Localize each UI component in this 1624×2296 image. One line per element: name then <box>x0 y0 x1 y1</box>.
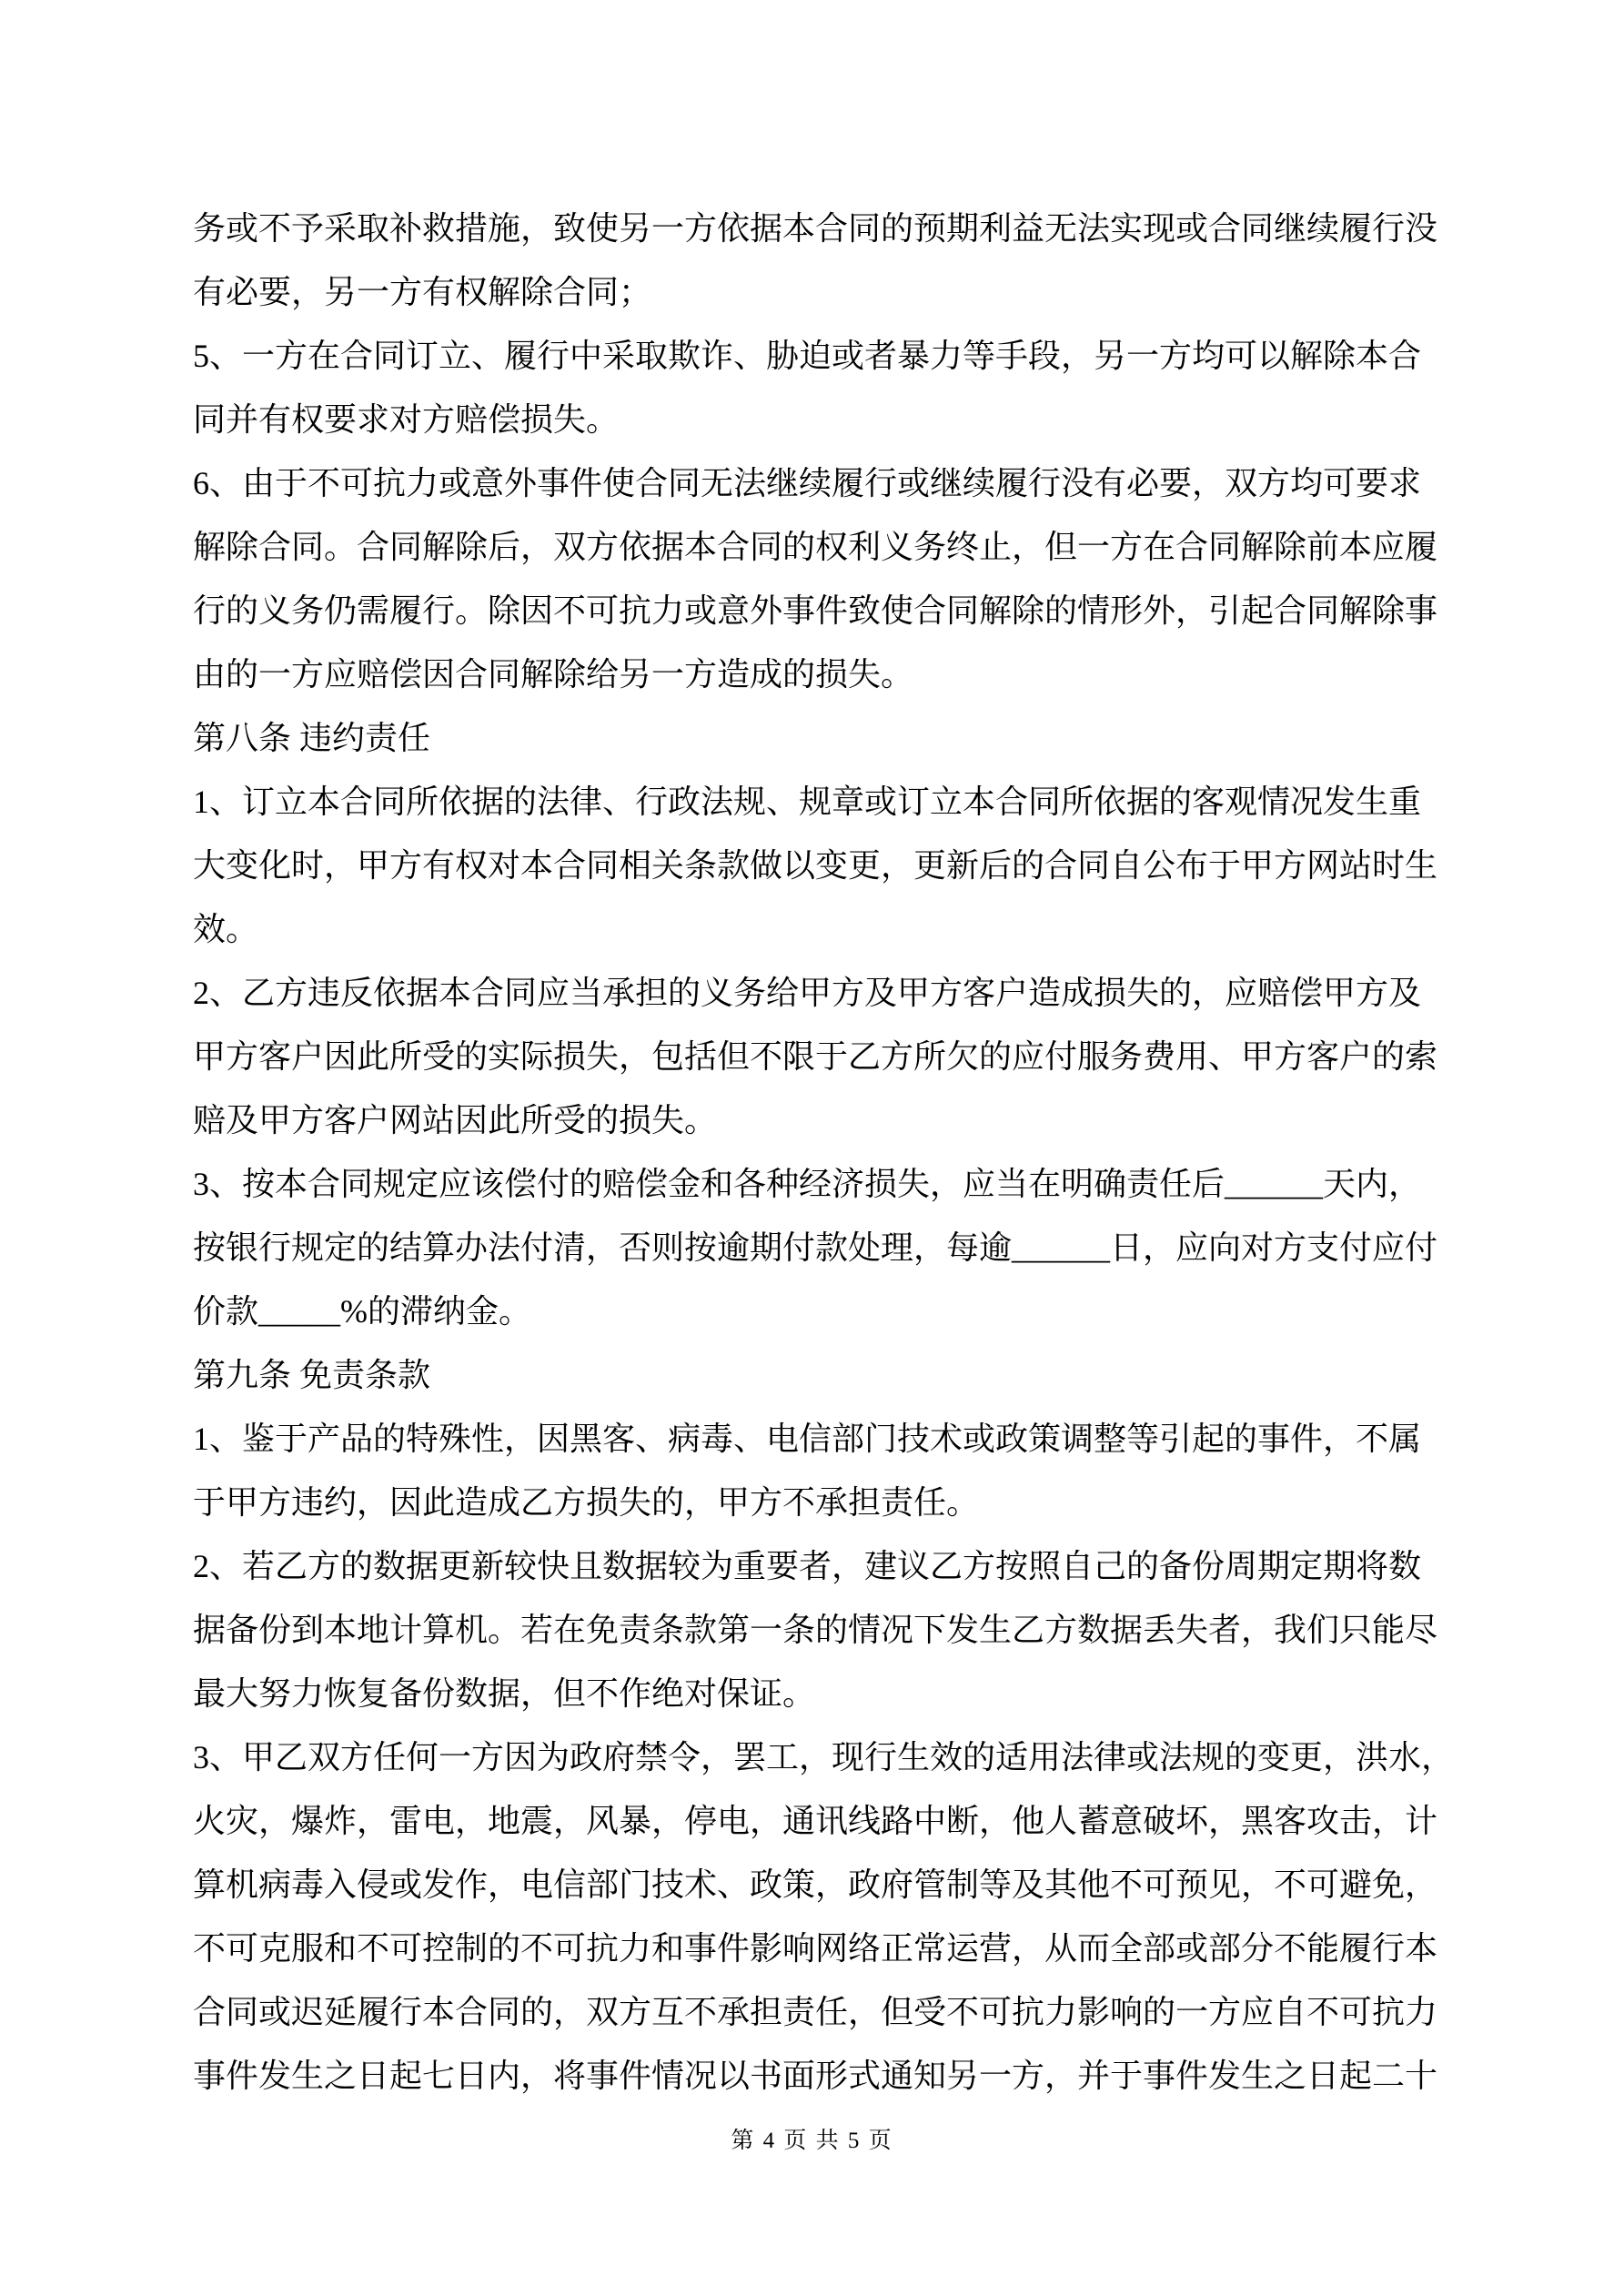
text-line: 效。 <box>193 897 1448 961</box>
text-line: 算机病毒入侵或发作，电信部门技术、政策，政府管制等及其他不可预见，不可避免， <box>193 1853 1448 1917</box>
text-line: 有必要，另一方有权解除合同； <box>193 260 1448 324</box>
text-line: 解除合同。合同解除后，双方依据本合同的权利义务终止，但一方在合同解除前本应履 <box>193 515 1448 579</box>
text-line: 3、甲乙双方任何一方因为政府禁令，罢工，现行生效的适用法律或法规的变更，洪水， <box>193 1725 1448 1789</box>
text-line: 按银行规定的结算办法付清，否则按逾期付款处理，每逾______日，应向对方支付应… <box>193 1216 1448 1279</box>
text-line: 价款_____%的滞纳金。 <box>193 1279 1448 1343</box>
text-line: 同并有权要求对方赔偿损失。 <box>193 388 1448 451</box>
text-line: 5、一方在合同订立、履行中采取欺诈、胁迫或者暴力等手段，另一方均可以解除本合 <box>193 324 1448 388</box>
text-line: 赔及甲方客户网站因此所受的损失。 <box>193 1088 1448 1152</box>
text-line: 1、鉴于产品的特殊性，因黑客、病毒、电信部门技术或政策调整等引起的事件，不属 <box>193 1407 1448 1471</box>
text-line: 不可克服和不可控制的不可抗力和事件影响网络正常运营，从而全部或部分不能履行本 <box>193 1917 1448 1980</box>
text-line: 由的一方应赔偿因合同解除给另一方造成的损失。 <box>193 642 1448 706</box>
section-heading: 第八条 违约责任 <box>193 706 1448 770</box>
text-line: 火灾，爆炸，雷电，地震，风暴，停电，通讯线路中断，他人蓄意破坏，黑客攻击，计 <box>193 1789 1448 1853</box>
text-line: 事件发生之日起七日内，将事件情况以书面形式通知另一方，并于事件发生之日起二十 <box>193 2044 1448 2108</box>
text-line: 合同或迟延履行本合同的，双方互不承担责任，但受不可抗力影响的一方应自不可抗力 <box>193 1980 1448 2044</box>
text-line: 行的义务仍需履行。除因不可抗力或意外事件致使合同解除的情形外，引起合同解除事 <box>193 579 1448 642</box>
text-line: 务或不予采取补救措施，致使另一方依据本合同的预期利益无法实现或合同继续履行没 <box>193 197 1448 260</box>
text-line: 6、由于不可抗力或意外事件使合同无法继续履行或继续履行没有必要，双方均可要求 <box>193 451 1448 515</box>
text-block: 务或不予采取补救措施，致使另一方依据本合同的预期利益无法实现或合同继续履行没有必… <box>193 197 1448 2108</box>
text-line: 据备份到本地计算机。若在免责条款第一条的情况下发生乙方数据丢失者，我们只能尽 <box>193 1598 1448 1662</box>
section-heading: 第九条 免责条款 <box>193 1343 1448 1407</box>
text-line: 1、订立本合同所依据的法律、行政法规、规章或订立本合同所依据的客观情况发生重 <box>193 770 1448 834</box>
text-line: 于甲方违约，因此造成乙方损失的，甲方不承担责任。 <box>193 1471 1448 1534</box>
document-page: 务或不予采取补救措施，致使另一方依据本合同的预期利益无法实现或合同继续履行没有必… <box>0 0 1624 2296</box>
text-line: 大变化时，甲方有权对本合同相关条款做以变更，更新后的合同自公布于甲方网站时生 <box>193 834 1448 897</box>
text-line: 甲方客户因此所受的实际损失，包括但不限于乙方所欠的应付服务费用、甲方客户的索 <box>193 1025 1448 1088</box>
text-line: 2、乙方违反依据本合同应当承担的义务给甲方及甲方客户造成损失的，应赔偿甲方及 <box>193 961 1448 1025</box>
text-line: 3、按本合同规定应该偿付的赔偿金和各种经济损失，应当在明确责任后______天内… <box>193 1152 1448 1216</box>
text-line: 2、若乙方的数据更新较快且数据较为重要者，建议乙方按照自己的备份周期定期将数 <box>193 1534 1448 1598</box>
text-line: 最大努力恢复备份数据，但不作绝对保证。 <box>193 1662 1448 1725</box>
page-footer: 第 4 页 共 5 页 <box>0 2122 1624 2155</box>
